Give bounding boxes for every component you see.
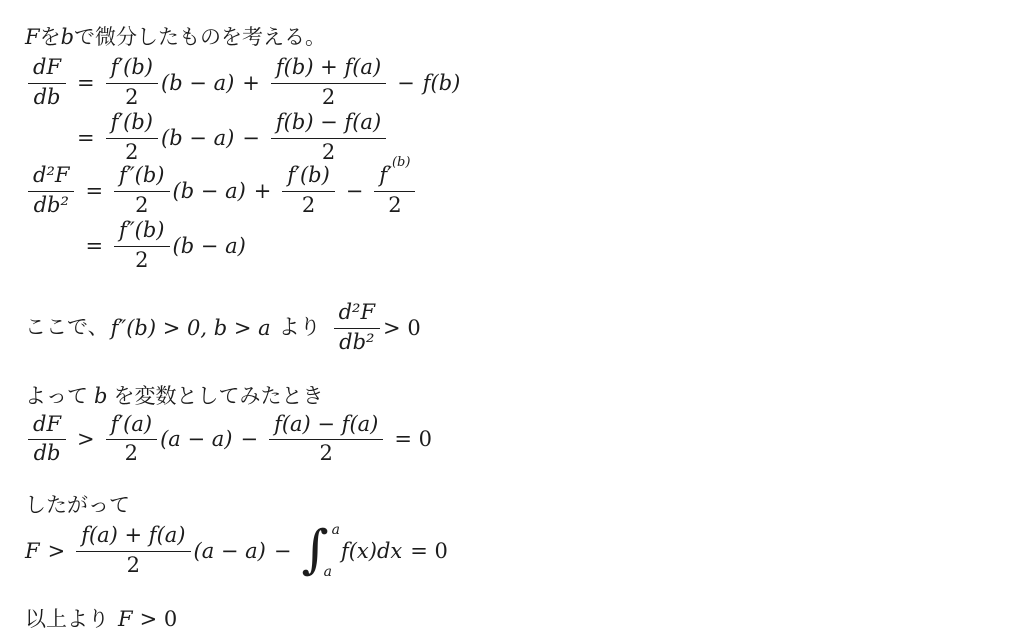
math-equals-zero: = 0 [410,538,448,564]
equation-rhs-row1: = f″(b)2 (b − a) + f′(b)2 − f′(b)2 [77,164,418,217]
hence-prefix: よって [25,385,88,408]
fraction-numerator: d²F [334,301,380,329]
math-term-a-minus-a: (a − a) [194,538,266,564]
intro-line: Fをbで微分したものを考える。 [25,24,1024,51]
fraction-numerator: d²F [28,164,74,192]
math-fprime-base: f′ [379,163,392,187]
therefore-text: したがって [25,494,130,517]
minus-sign: − [397,70,415,96]
fraction-denominator: 2 [315,440,338,466]
fraction-fdoubleprime-b-over-2: f″(b)2 [114,219,169,272]
fraction-numerator: f(b) + f(a) [271,56,386,84]
math-var-F: F [25,25,40,49]
fraction-numerator: dF [28,413,66,441]
condition-prefix: ここで、 [25,315,109,341]
fraction-denominator: 2 [297,192,320,218]
math-term-fb: f(b) [423,70,461,96]
math-term-b-minus-a: (b − a) [173,233,246,259]
equation-lhs: dFdb [25,56,69,109]
fraction-fa-plus-fa-over-2: f(a) + f(a)2 [76,524,190,577]
equation-first-derivative: dFdb = f′(b)2 (b − a) + f(b) + f(a)2 − f… [25,56,1024,164]
fraction-d2F-db2: d²Fdb² [28,164,74,217]
fraction-denominator: db [29,84,66,110]
math-greater-than-zero: > 0 [383,315,421,341]
math-equals-zero: = 0 [394,426,432,452]
fraction-fprime-b-over-2: f′(b)2 [282,164,334,217]
condition-yori: より [279,315,321,341]
math-integrand: f(x)dx [341,538,402,564]
conclusion-prefix: 以上より [25,608,109,631]
math-var-F: F [25,538,40,564]
fraction-denominator: db [29,440,66,466]
greater-than-sign: > [77,426,95,452]
hence-line: よってbを変数としてみたとき [25,383,1024,410]
math-var-b: b [94,384,107,408]
minus-sign: − [274,538,292,564]
fraction-dF-db: dFdb [28,413,66,466]
fraction-numerator: f′(b) [374,164,415,192]
fraction-numerator: f(b) − f(a) [271,111,386,139]
math-var-F: F [118,607,133,631]
fraction-fb-minus-fa-over-2: f(b) − f(a)2 [271,111,386,164]
integral-a-to-a: ∫ aa [301,523,336,579]
therefore-line: したがって [25,493,1024,519]
fraction-numerator: f′(b) [106,56,158,84]
fraction-denominator: db² [334,329,379,355]
math-term-a-minus-a: (a − a) [160,426,232,452]
fraction-fprime-sup-b-over-2: f′(b)2 [374,164,415,217]
equation-rhs-row2: = f″(b)2 (b − a) [77,219,418,272]
equation-lhs: d²Fdb² [25,164,77,217]
minus-sign: − [240,426,258,452]
fraction-denominator: 2 [383,192,406,218]
fraction-numerator: f″(b) [114,219,169,247]
fraction-fprime-b-over-2: f′(b)2 [106,111,158,164]
intro-text-rest: で微分したものを考える。 [74,26,326,49]
fraction-denominator: 2 [120,84,143,110]
fraction-denominator: 2 [317,139,340,165]
document-page: Fをbで微分したものを考える。 dFdb = f′(b)2 (b − a) + … [0,0,1024,631]
math-var-b: b [61,25,74,49]
equation-final-inequality: F > f(a) + f(a)2 (a − a) − ∫ aa f(x)dx =… [25,521,1024,581]
fraction-numerator: dF [28,56,66,84]
equation-inequality-dF-db: dFdb > f′(a)2 (a − a) − f(a) − f(a)2 = 0 [25,413,1024,466]
fraction-fprime-b-over-2: f′(b)2 [106,56,158,109]
fraction-denominator: 2 [122,552,145,578]
fraction-denominator: 2 [130,192,153,218]
fraction-denominator: db² [29,192,74,218]
equals-sign: = [85,233,103,259]
fraction-numerator: f′(b) [282,164,334,192]
equals-sign: = [77,125,95,151]
minus-sign: − [242,125,260,151]
fraction-fb-plus-fa-over-2: f(b) + f(a)2 [271,56,386,109]
integral-lower-limit: a [324,565,332,579]
fraction-denominator: 2 [120,139,143,165]
fraction-fdoubleprime-b-over-2: f″(b)2 [114,164,169,217]
fraction-fa-minus-fa-over-2: f(a) − f(a)2 [269,413,383,466]
fraction-numerator: f″(b) [114,164,169,192]
minus-sign: − [346,178,364,204]
plus-sign: + [242,70,260,96]
fraction-denominator: 2 [130,247,153,273]
math-term-b-minus-a: (b − a) [161,70,234,96]
math-superscript-b: (b) [392,155,410,170]
fraction-numerator: f′(b) [106,111,158,139]
equation-second-derivative: d²Fdb² = f″(b)2 (b − a) + f′(b)2 − f′(b)… [25,164,1024,272]
fraction-numerator: f′(a) [106,413,157,441]
equals-sign: = [85,178,103,204]
fraction-d2F-db2: d²Fdb² [334,301,380,354]
equation-rhs-row1: = f′(b)2 (b − a) + f(b) + f(a)2 − f(b) [69,56,460,109]
math-condition: f″(b) > 0, b > a [111,315,271,341]
fraction-denominator: 2 [317,84,340,110]
fraction-denominator: 2 [120,440,143,466]
intro-text-wo: を [40,26,61,49]
equals-sign: = [77,70,95,96]
condition-line: ここで、 f″(b) > 0, b > a より d²Fdb² > 0 [25,301,1024,354]
fraction-fprime-a-over-2: f′(a)2 [106,413,157,466]
math-greater-than-zero: > 0 [140,607,178,631]
fraction-numerator: f(a) + f(a) [76,524,190,552]
conclusion-line: 以上よりF> 0 [25,606,1024,631]
math-term-b-minus-a: (b − a) [173,178,246,204]
greater-than-sign: > [48,538,66,564]
hence-rest: を変数としてみたとき [113,385,323,408]
fraction-numerator: f(a) − f(a) [269,413,383,441]
integral-limits: aa [329,523,337,579]
fraction-dF-db: dFdb [28,56,66,109]
integral-upper-limit: a [332,523,340,537]
math-term-b-minus-a: (b − a) [161,125,234,151]
plus-sign: + [254,178,272,204]
